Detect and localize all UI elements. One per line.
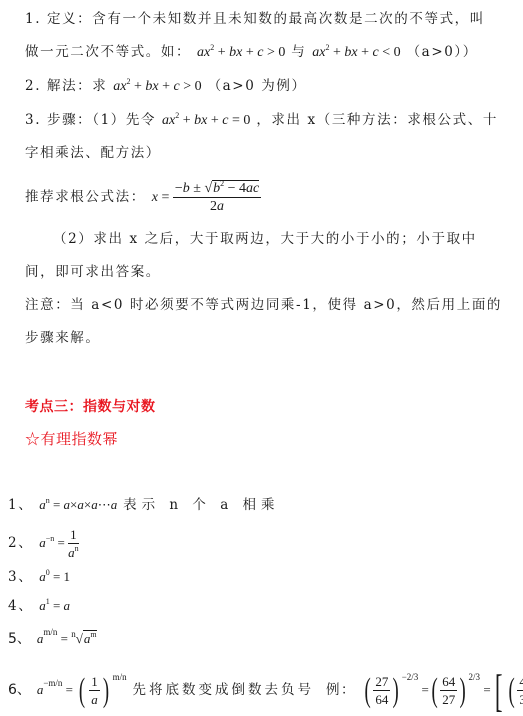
- step2-line-2: 间，即可求出答案。: [25, 263, 161, 281]
- example-label: 例：: [326, 682, 356, 698]
- definition-prefix: 做一元二次不等式。如：: [25, 44, 191, 60]
- rule-2: 2、 a−n = 1 an: [8, 526, 79, 561]
- steps-suffix: ，求出 x（三种方法：求根公式、十: [256, 112, 498, 128]
- example-expression: (2764)−2/3 =(6427)2/3 =[(43)3]2/3 =(43)2…: [362, 682, 523, 697]
- steps-equation: ax2 + bx + c = 0: [162, 113, 250, 128]
- rule-number: 3、: [8, 569, 33, 585]
- note-line-2: 步骤来解。: [25, 329, 101, 347]
- rule-4-formula: a1 = a: [39, 598, 70, 613]
- method-inequality: ax2 + bx + c > 0: [113, 79, 201, 94]
- definition-line-1: 1. 定义：含有一个未知数并且未知数的最高次数是二次的不等式，叫: [25, 10, 485, 28]
- inequality-gt: ax2 + bx + c > 0: [197, 45, 285, 60]
- step2-line-1: （2）求出 x 之后，大于取两边，大于大的小于小的；小于取中: [53, 230, 477, 248]
- connector-text: 与: [291, 44, 312, 60]
- formula-lhs: x =: [152, 190, 173, 205]
- rule-1-formula: an = a×a×a⋯a: [39, 497, 117, 512]
- section-heading: 考点三：指数与对数: [25, 398, 156, 416]
- rule-5-formula: am/n = n√am: [37, 631, 97, 646]
- quadratic-formula-fraction: −b ± √b2 − 4ac 2a: [173, 181, 261, 215]
- method-prefix: 2. 解法：求: [25, 78, 107, 94]
- rule-number: 5、: [8, 631, 31, 647]
- subsection-heading: ☆有理指数幂: [25, 430, 118, 448]
- rule-2-fraction: 1 an: [68, 527, 79, 561]
- rule-6-text: 先将底数变成倒数去负号: [133, 682, 315, 698]
- method-line: 2. 解法：求 ax2 + bx + c > 0 （a>0 为例）: [25, 77, 307, 96]
- formula-label: 推荐求根公式法：: [25, 189, 146, 205]
- rule-2-formula: a−n =: [39, 535, 68, 550]
- rule-3-formula: a0 = 1: [39, 569, 70, 584]
- formula-denominator: 2a: [173, 198, 261, 215]
- rule-6-formula: a−m/n =: [37, 682, 76, 697]
- steps-prefix: 3. 步骤：（1）先令: [25, 112, 156, 128]
- rule-number: 6、: [8, 682, 31, 698]
- condition-text: （a>0））: [407, 44, 478, 60]
- rule-1-text: 表示 n 个 a 相乘: [123, 497, 279, 513]
- steps-line-1: 3. 步骤：（1）先令 ax2 + bx + c = 0 ，求出 x（三种方法：…: [25, 111, 498, 130]
- note-line-1: 注意：当 a<0 时必须要不等式两边同乘-1，使得 a>0，然后用上面的: [25, 296, 502, 314]
- rule-6: 6、 a−m/n = (1a)m/n 先将底数变成倒数去负号 例： (2764)…: [8, 668, 523, 712]
- method-suffix: （a>0 为例）: [208, 78, 307, 94]
- steps-line-2: 字相乘法、配方法）: [25, 144, 161, 162]
- rule-5: 5、 am/n = n√am: [8, 630, 97, 648]
- rule-6-fraction: 1a: [89, 674, 100, 708]
- inequality-lt: ax2 + bx + c < 0: [312, 45, 400, 60]
- rule-number: 1、: [8, 497, 33, 513]
- rule-number: 2、: [8, 535, 33, 551]
- rule-3: 3、 a0 = 1: [8, 568, 70, 586]
- definition-line-2: 做一元二次不等式。如： ax2 + bx + c > 0 与 ax2 + bx …: [25, 43, 478, 62]
- formula-line: 推荐求根公式法： x = −b ± √b2 − 4ac 2a: [25, 178, 261, 217]
- rule-4: 4、 a1 = a: [8, 597, 70, 615]
- rule-number: 4、: [8, 598, 33, 614]
- rule-1: 1、 an = a×a×a⋯a 表示 n 个 a 相乘: [8, 496, 280, 514]
- formula-numerator: −b ± √b2 − 4ac: [173, 181, 261, 198]
